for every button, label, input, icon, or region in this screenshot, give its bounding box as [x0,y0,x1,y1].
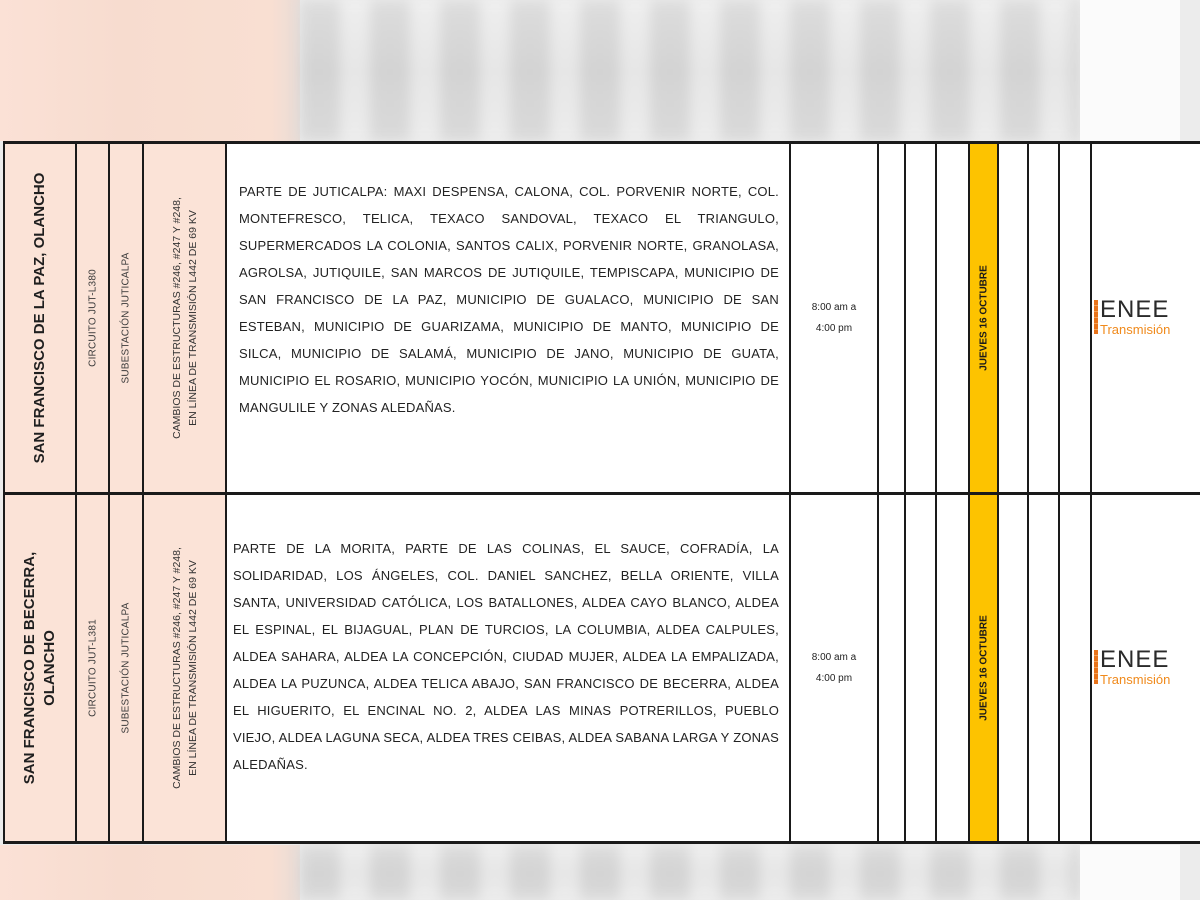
location-cell: SAN FRANCISCO DE BECERRA, OLANCHO [3,492,75,844]
affected-zones-text: PARTE DE JUTICALPA: MAXI DESPENSA, CALON… [239,178,779,421]
empty-day-cell [997,141,1027,492]
logo-main-text: ENEE [1100,648,1170,672]
substation-cell: SUBESTACIÓN JUTICALPA [108,492,142,844]
logo-cell: ENEE Transmisión [1090,141,1200,492]
affected-zones-cell: PARTE DE LA MORITA, PARTE DE LAS COLINAS… [225,492,789,844]
empty-day-cell [997,492,1027,844]
circuit-cell: CIRCUITO JUT-L380 [75,141,108,492]
logo-sub-text: Transmisión [1100,322,1170,338]
time-end: 4:00 pm [791,668,877,689]
work-line-2: EN LÍNEA DE TRANSMISIÓN L442 DE 69 KV [185,547,201,789]
logo-mark-icon [1094,300,1098,334]
time-cell: 8:00 am a 4:00 pm [789,141,877,492]
work-line-2: EN LÍNEA DE TRANSMISIÓN L442 DE 69 KV [185,197,201,439]
logo-cell: ENEE Transmisión [1090,492,1200,844]
work-description: CAMBIOS DE ESTRUCTURAS #246, #247 Y #248… [169,197,201,439]
work-description-cell: CAMBIOS DE ESTRUCTURAS #246, #247 Y #248… [142,141,225,492]
date-cell: JUEVES 16 OCTUBRE [968,492,997,844]
circuit-cell: CIRCUITO JUT-L381 [75,492,108,844]
location-label: SAN FRANCISCO DE BECERRA, OLANCHO [20,552,60,785]
empty-day-cell [904,141,935,492]
empty-day-cell [935,492,968,844]
empty-day-cell [904,492,935,844]
time-start: 8:00 am a [791,647,877,668]
empty-day-cell [935,141,968,492]
time-start: 8:00 am a [791,297,877,318]
empty-day-cell [1027,492,1058,844]
blurred-page-background-top [0,0,1200,141]
time-range: 8:00 am a 4:00 pm [791,647,877,689]
location-line-2: OLANCHO [40,552,60,785]
logo-sub-text: Transmisión [1100,672,1170,688]
location-line-1: SAN FRANCISCO DE BECERRA, [20,552,40,785]
work-description-cell: CAMBIOS DE ESTRUCTURAS #246, #247 Y #248… [142,492,225,844]
date-label: JUEVES 16 OCTUBRE [978,265,989,371]
outage-schedule-table: SAN FRANCISCO DE LA PAZ, OLANCHO CIRCUIT… [3,141,1200,844]
date-cell: JUEVES 16 OCTUBRE [968,141,997,492]
empty-day-cell [1058,492,1090,844]
affected-zones-cell: PARTE DE JUTICALPA: MAXI DESPENSA, CALON… [225,141,789,492]
empty-day-cell [1027,141,1058,492]
time-end: 4:00 pm [791,318,877,339]
time-range: 8:00 am a 4:00 pm [791,297,877,339]
work-line-1: CAMBIOS DE ESTRUCTURAS #246, #247 Y #248… [169,197,185,439]
circuit-label: CIRCUITO JUT-L380 [87,269,98,367]
work-line-1: CAMBIOS DE ESTRUCTURAS #246, #247 Y #248… [169,547,185,789]
empty-day-cell [1058,141,1090,492]
table-row: SAN FRANCISCO DE LA PAZ, OLANCHO CIRCUIT… [3,141,1200,492]
time-cell: 8:00 am a 4:00 pm [789,492,877,844]
table-row: SAN FRANCISCO DE BECERRA, OLANCHO CIRCUI… [3,492,1200,844]
affected-zones-text: PARTE DE LA MORITA, PARTE DE LAS COLINAS… [233,535,779,778]
blurred-page-background-bottom [0,845,1200,900]
circuit-label: CIRCUITO JUT-L381 [87,619,98,717]
enee-transmision-logo: ENEE Transmisión [1094,648,1170,688]
substation-label: SUBESTACIÓN JUTICALPA [121,602,132,733]
logo-main-text: ENEE [1100,298,1170,322]
substation-cell: SUBESTACIÓN JUTICALPA [108,141,142,492]
location-label: SAN FRANCISCO DE LA PAZ, OLANCHO [30,173,50,464]
empty-day-cell [877,141,904,492]
substation-label: SUBESTACIÓN JUTICALPA [121,252,132,383]
location-cell: SAN FRANCISCO DE LA PAZ, OLANCHO [3,141,75,492]
logo-mark-icon [1094,650,1098,684]
date-label: JUEVES 16 OCTUBRE [978,615,989,721]
enee-transmision-logo: ENEE Transmisión [1094,298,1170,338]
work-description: CAMBIOS DE ESTRUCTURAS #246, #247 Y #248… [169,547,201,789]
empty-day-cell [877,492,904,844]
